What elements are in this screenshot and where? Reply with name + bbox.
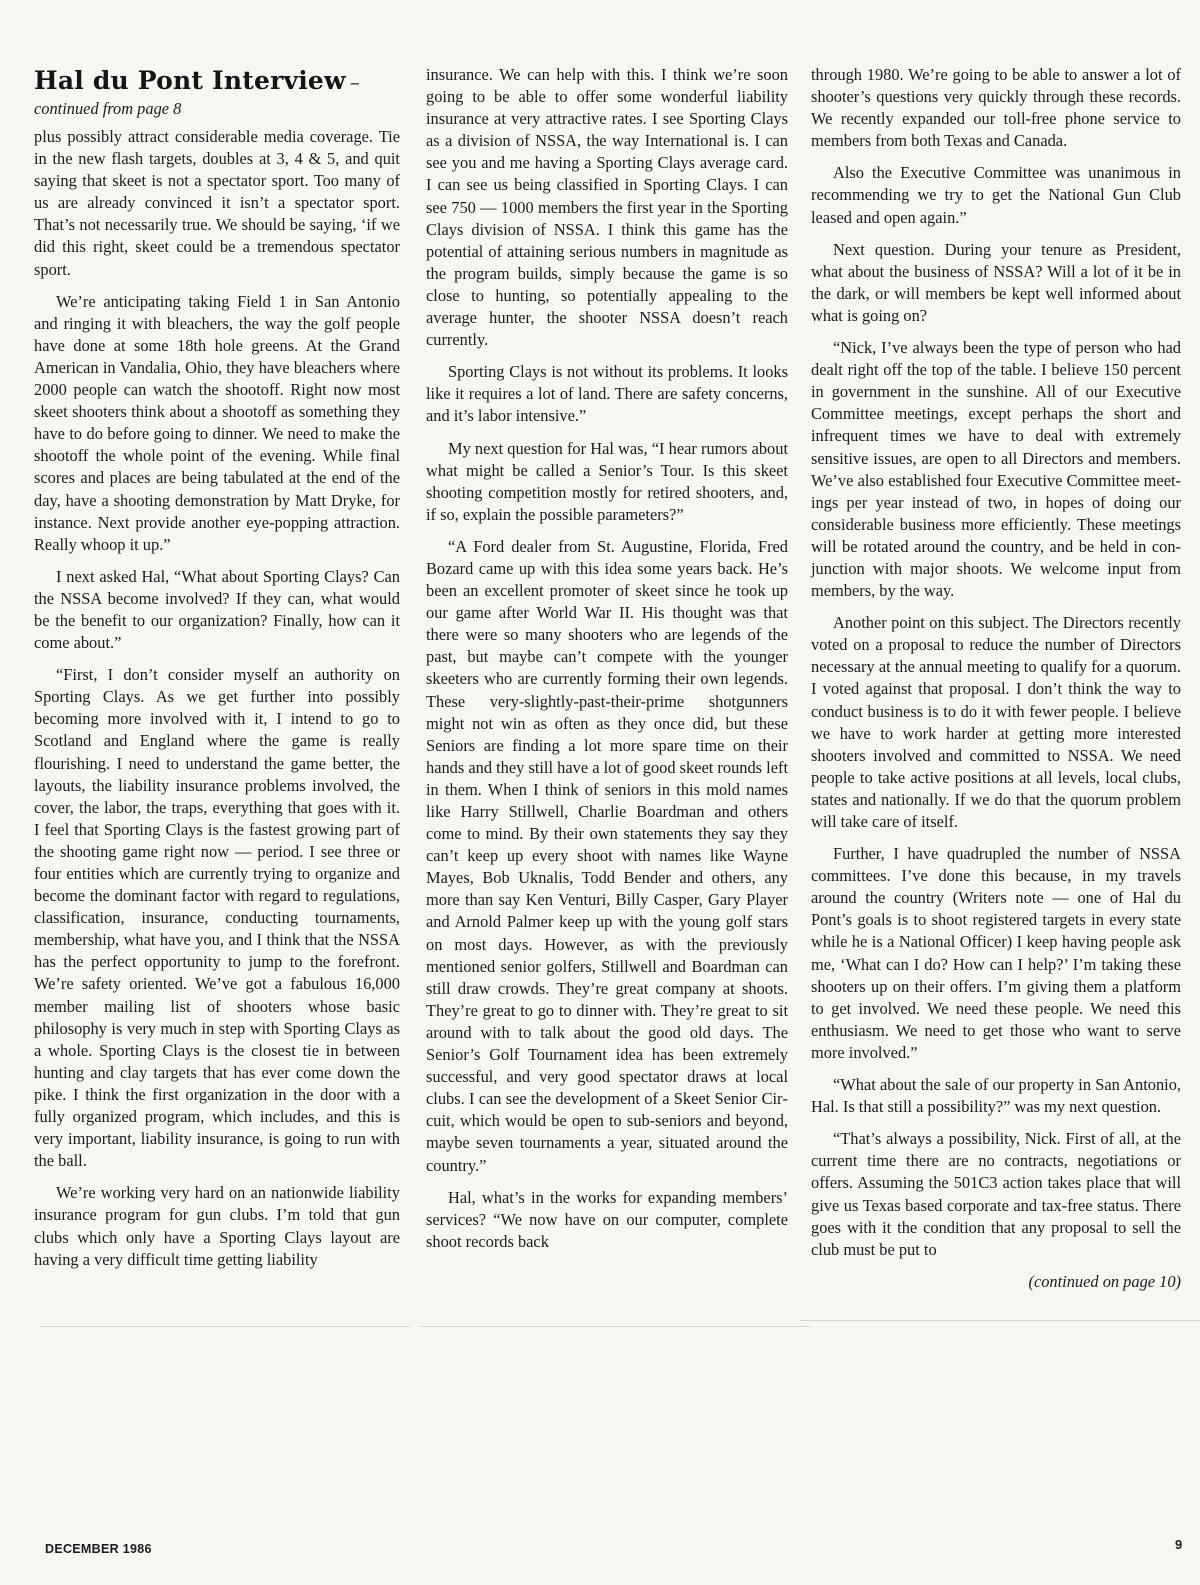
paragraph: “Nick, I’ve always been the type of per­…	[811, 337, 1181, 602]
text-column-2: insurance. We can help with this. I thin…	[426, 64, 788, 1263]
paragraph: My next question for Hal was, “I hear ru…	[426, 438, 788, 526]
paragraph: Sporting Clays is not without its proble…	[426, 361, 788, 427]
page-number: 9	[1175, 1537, 1182, 1552]
issue-date: DECEMBER 1986	[45, 1542, 152, 1556]
text-column-3: through 1980. We’re going to be able to …	[811, 64, 1181, 1303]
paragraph: I next asked Hal, “What about Sporting C…	[34, 566, 400, 654]
paragraph: Next question. During your tenure as Pre…	[811, 239, 1181, 327]
scan-fold-line	[800, 1320, 1200, 1321]
paragraph: through 1980. We’re going to be able to …	[811, 64, 1181, 152]
paragraph: “That’s always a possibility, Nick. Firs…	[811, 1128, 1181, 1261]
continued-on-note: (continued on page 10)	[811, 1271, 1181, 1293]
paragraph: “What about the sale of our property in …	[811, 1074, 1181, 1118]
paragraph: Further, I have quadrupled the number of…	[811, 843, 1181, 1064]
paragraph: We’re working very hard on an nation­wid…	[34, 1182, 400, 1270]
paragraph: We’re anticipating taking Field 1 in San…	[34, 291, 400, 556]
paragraph: Hal, what’s in the works for expanding m…	[426, 1187, 788, 1253]
paragraph: Also the Executive Committee was unani­m…	[811, 162, 1181, 228]
magazine-page: Hal du Pont Interview– continued from pa…	[0, 0, 1200, 1585]
paragraph: “First, I don’t consider myself an autho…	[34, 664, 400, 1172]
paragraph: plus possibly attract considerable media…	[34, 126, 400, 281]
paragraph: Another point on this subject. The Direc…	[811, 612, 1181, 833]
paragraph: insurance. We can help with this. I thin…	[426, 64, 788, 351]
paragraph: “A Ford dealer from St. Augustine, Flori…	[426, 536, 788, 1177]
text-column-1: plus possibly attract considerable media…	[34, 66, 400, 1281]
scan-fold-line	[420, 1326, 810, 1327]
scan-fold-line	[40, 1326, 410, 1327]
